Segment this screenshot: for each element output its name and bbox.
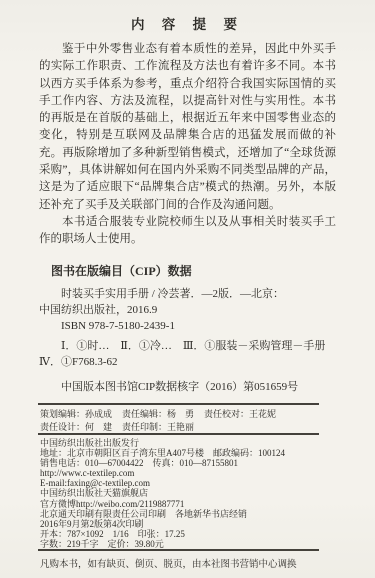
edition-line: 2016年9月第2版第4次印刷 xyxy=(40,519,345,529)
credit-planning-editor: 策划编辑：孙成成 xyxy=(40,408,112,421)
cip-classification-line: Ⅰ．①时… Ⅱ．①冷… Ⅲ．①服装－采购管理－手册 xyxy=(39,338,339,354)
cip-isbn: ISBN 978-7-5180-2439-1 xyxy=(39,318,339,334)
tmall-store-line: 中国纺织出版社天猫旗舰店 xyxy=(40,488,345,498)
printer-line: 北京通天印刷有限责任公司印刷 各地新华书店经销 xyxy=(40,509,345,519)
credits-row: 策划编辑：孙成成 责任编辑：杨 勇 责任校对：王花妮 xyxy=(40,408,340,421)
phone-line: 销售电话：010—67004422 传真：010—87155801 xyxy=(40,458,345,468)
cip-heading: 图书在版编目（CIP）数据 xyxy=(51,263,339,279)
cip-record-number: 中国版本图书馆CIP数据核字（2016）第051659号 xyxy=(39,379,339,395)
abstract-paragraph: 鉴于中外零售业态有着本质性的差异，因此中外买手的实际工作职责、工作流程及方法也有… xyxy=(39,41,336,214)
abstract-title: 内 容 提 要 xyxy=(0,13,375,33)
credit-proofreader: 责任校对：王花妮 xyxy=(204,408,276,421)
format-line: 开本：787×1092 1/16 印张：17.25 xyxy=(40,529,345,539)
publisher-line: 中国纺织出版社出版发行 xyxy=(40,438,345,448)
replacement-notice: 凡购本书，如有缺页、倒页、脱页，由本社图书营销中心调换 xyxy=(40,556,297,570)
horizontal-rule xyxy=(38,403,319,405)
email-line: E-mail:faxing@c-textilep.com xyxy=(40,478,345,488)
staff-credits: 策划编辑：孙成成 责任编辑：杨 勇 责任校对：王花妮 责任设计：何 建 责任印制… xyxy=(40,408,340,433)
credit-responsible-editor: 责任编辑：杨 勇 xyxy=(122,408,194,421)
cip-block: 图书在版编目（CIP）数据 时装买手实用手册 / 冷芸著．—2版．—北京： 中国… xyxy=(39,263,339,395)
credits-row: 责任设计：何 建 责任印制：王艳丽 xyxy=(40,421,340,434)
horizontal-rule xyxy=(38,549,319,551)
website-line: http://www.c-textilep.com xyxy=(40,468,345,478)
abstract-body: 鉴于中外零售业态有着本质性的差异，因此中外买手的实际工作职责、工作流程及方法也有… xyxy=(39,41,336,249)
credit-print-supervisor: 责任印制：王艳丽 xyxy=(122,421,194,434)
weibo-line: 官方微博http://weibo.com/2119887771 xyxy=(40,499,345,509)
cip-citation-line: 中国纺织出版社，2016.9 xyxy=(39,302,339,318)
horizontal-rule xyxy=(38,433,319,435)
cip-citation-line: 时装买手实用手册 / 冷芸著．—2版．—北京： xyxy=(39,286,339,302)
colophon-block: 中国纺织出版社出版发行 地址：北京市朝阳区百子湾东里A407号楼 邮政编码：10… xyxy=(40,438,345,549)
book-copyright-page: 内 容 提 要 鉴于中外零售业态有着本质性的差异，因此中外买手的实际工作职责、工… xyxy=(0,0,375,578)
abstract-paragraph: 本书适合服装专业院校师生以及从事相关时装买手工作的职场人士使用。 xyxy=(39,214,336,249)
address-line: 地址：北京市朝阳区百子湾东里A407号楼 邮政编码：100124 xyxy=(40,448,345,458)
cip-classification-line: Ⅳ．①F768.3-62 xyxy=(39,354,339,370)
credit-designer: 责任设计：何 建 xyxy=(40,421,112,434)
price-line: 字数：219千字 定价：39.80元 xyxy=(40,539,345,549)
